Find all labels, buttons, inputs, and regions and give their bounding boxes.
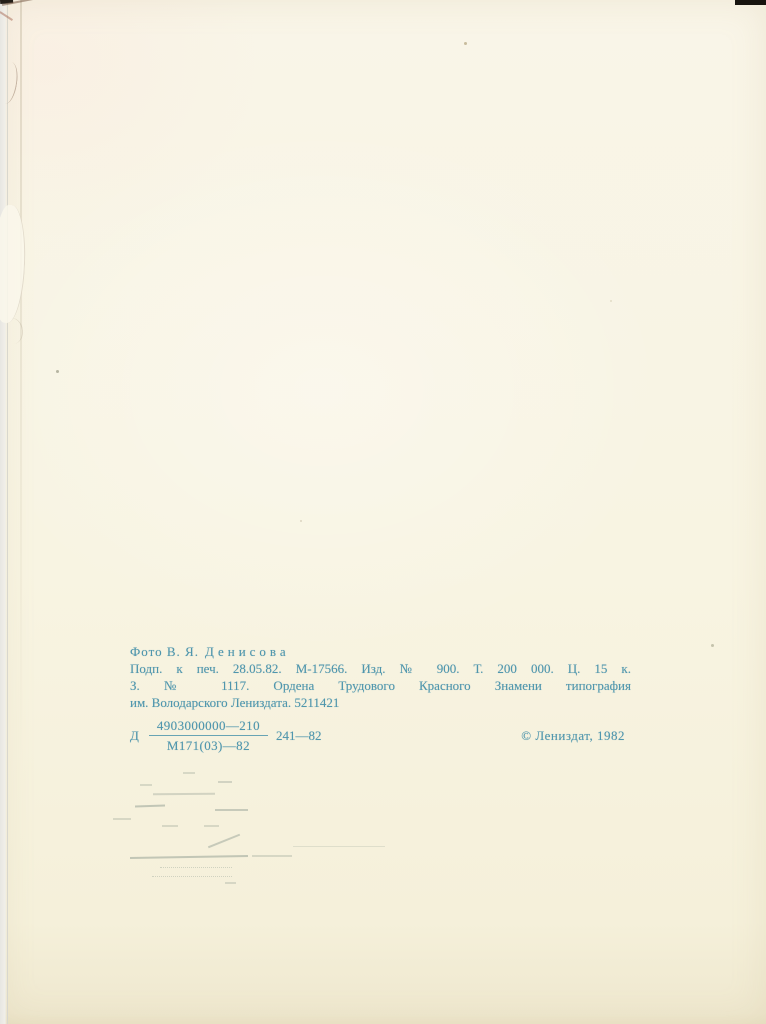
scanned-page: Фото В. Я.Денисова Подп. к печ. 28.05.82… — [0, 0, 766, 1024]
paper-speck — [711, 644, 714, 647]
page-left-edge — [0, 0, 8, 1024]
paper-speck — [300, 520, 302, 522]
photographer-name: Денисова — [205, 644, 290, 659]
catalog-denominator: М171(03)—82 — [149, 736, 268, 754]
offset-impression-mark — [135, 804, 165, 807]
offset-impression-mark — [140, 784, 152, 786]
offset-impression-mark — [113, 818, 131, 820]
offset-impression-mark — [215, 809, 248, 811]
offset-impression-mark — [130, 855, 248, 859]
catalog-suffix: 241—82 — [276, 727, 322, 744]
print-info-line: Подп. к печ. 28.05.82. М-17566. Изд. № 9… — [130, 660, 631, 677]
offset-impression-mark — [162, 825, 178, 827]
offset-impression-mark — [293, 846, 385, 847]
catalog-numerator: 4903000000—210 — [149, 717, 268, 736]
copyright-notice: © Лениздат, 1982 — [521, 727, 625, 744]
photo-credit-prefix: Фото В. Я. — [130, 644, 199, 659]
offset-impression-mark — [218, 781, 232, 783]
offset-impression-mark — [153, 793, 215, 795]
printer-line: им. Володарского Лениздата. 5211421 — [130, 694, 631, 711]
catalog-index-row: Д 4903000000—210 М171(03)—82 241—82 © Ле… — [130, 717, 631, 754]
order-line: З. № 1117. Ордена Трудового Красного Зна… — [130, 677, 631, 694]
offset-impression-mark — [183, 772, 195, 774]
crease-line — [20, 0, 22, 760]
offset-impression-mark — [208, 834, 240, 848]
offset-impression-mark — [160, 867, 232, 868]
tear-mark — [0, 204, 28, 323]
offset-impression-mark — [204, 825, 219, 827]
scan-edge-bar — [735, 0, 766, 5]
photo-credit-line: Фото В. Я.Денисова — [130, 643, 631, 660]
imprint-block: Фото В. Я.Денисова Подп. к печ. 28.05.82… — [130, 643, 631, 754]
offset-impression-mark — [152, 876, 232, 877]
offset-impression-mark — [252, 855, 292, 857]
paper-speck — [464, 42, 467, 45]
paper-speck — [610, 300, 612, 302]
paper-speck — [56, 370, 59, 373]
offset-impression-mark — [225, 882, 236, 884]
catalog-fraction: 4903000000—210 М171(03)—82 — [149, 717, 268, 754]
catalog-letter: Д — [130, 727, 139, 744]
